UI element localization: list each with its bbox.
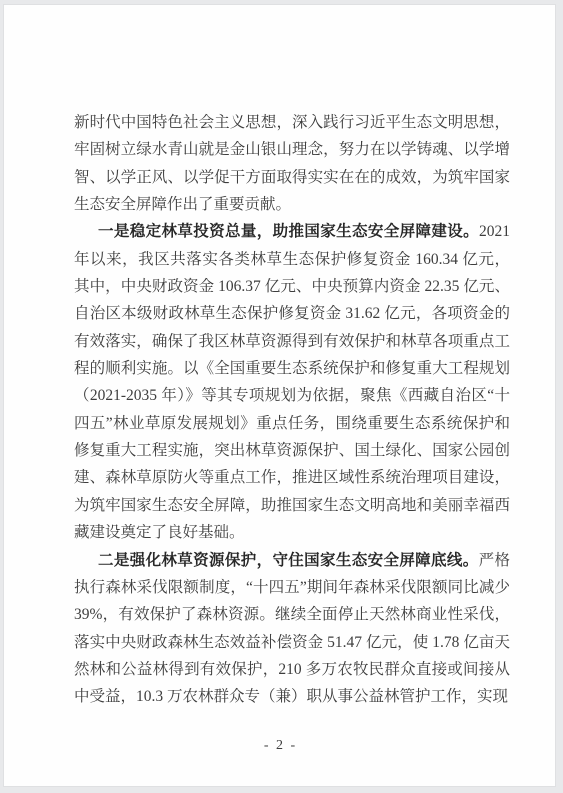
paragraph-3-text: 严格执行森林采伐限额制度，“十四五”期间年森林采伐限额同比减少 39%，有效保护… (74, 552, 510, 706)
page-number: - 2 - (4, 738, 557, 754)
document-body: 新时代中国特色社会主义思想，深入践行习近平生态文明思想，牢固树立绿水青山就是金山… (74, 109, 510, 711)
subsection-heading-1: 一是稳定林草投资总量，助推国家生态安全屏障建设。 (98, 223, 479, 240)
paragraph-2-text: 2021 年以来，我区共落实各类林草生态保护修复资金 160.34 亿元，其中，… (74, 223, 510, 541)
body-paragraph-3: 二是强化林草资源保护，守住国家生态安全屏障底线。严格执行森林采伐限额制度，“十四… (74, 547, 510, 711)
body-paragraph-2: 一是稳定林草投资总量，助推国家生态安全屏障建设。2021 年以来，我区共落实各类… (74, 218, 510, 546)
body-paragraph-1: 新时代中国特色社会主义思想，深入践行习近平生态文明思想，牢固树立绿水青山就是金山… (74, 109, 510, 218)
subsection-heading-2: 二是强化林草资源保护，守住国家生态安全屏障底线。 (98, 552, 479, 569)
paragraph-1-text: 新时代中国特色社会主义思想，深入践行习近平生态文明思想，牢固树立绿水青山就是金山… (74, 114, 510, 213)
document-page: 新时代中国特色社会主义思想，深入践行习近平生态文明思想，牢固树立绿水青山就是金山… (3, 4, 556, 787)
